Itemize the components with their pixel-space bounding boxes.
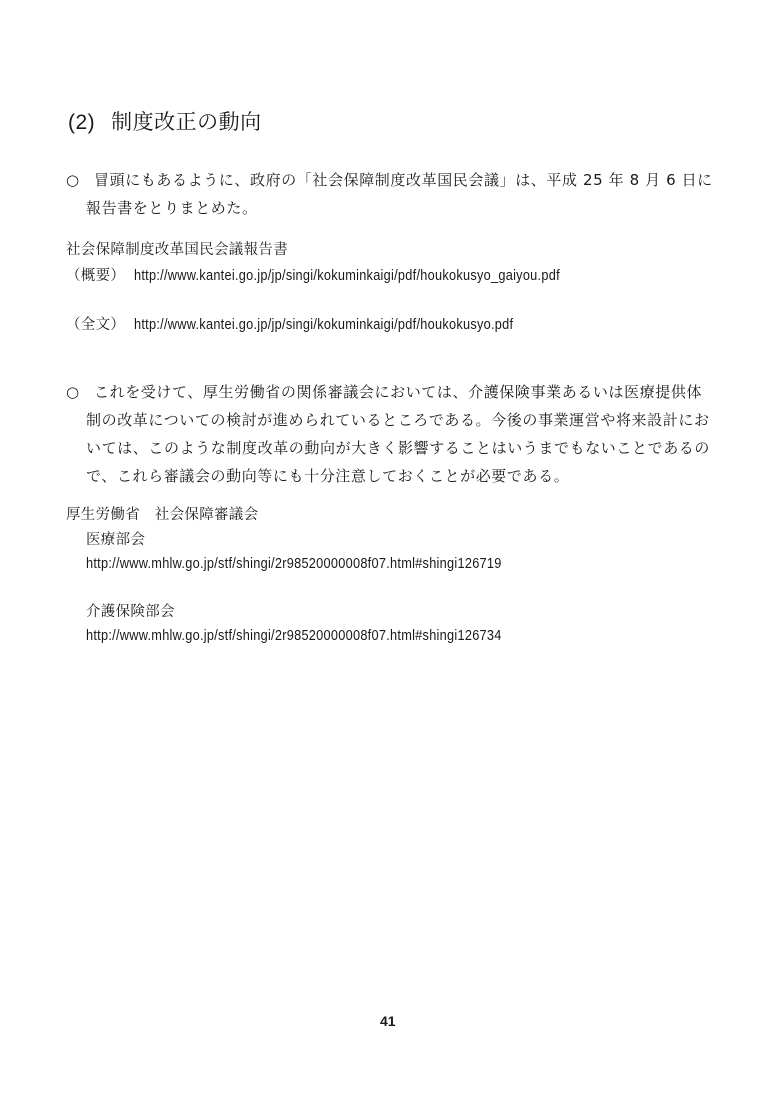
medical-subcommittee-label: 医療部会 (86, 528, 145, 549)
paragraph-line: で、これら審議会の動向等にも十分注意しておくことが必要である。 (66, 462, 710, 490)
paragraph-line: 冒頭にもあるように、政府の「社会保障制度改革国民会議」は、平成 25 年 8 月… (94, 171, 713, 189)
section-title: 制度改正の動向 (111, 110, 262, 134)
council-title: 厚生労働省 社会保障審議会 (66, 503, 258, 524)
paragraph-line: 報告書をとりまとめた。 (66, 194, 713, 222)
care-url-link[interactable]: http://www.mhlw.go.jp/stf/shingi/2r98520… (86, 628, 502, 644)
paragraph-1: ○冒頭にもあるように、政府の「社会保障制度改革国民会議」は、平成 25 年 8 … (66, 166, 713, 222)
medical-url-link[interactable]: http://www.mhlw.go.jp/stf/shingi/2r98520… (86, 556, 502, 572)
paragraph-line: 制の改革についての検討が進められているところである。今後の事業運営や将来設計にお (66, 406, 710, 434)
section-heading: (2)制度改正の動向 (68, 106, 262, 136)
summary-url-link[interactable]: http://www.kantei.go.jp/jp/singi/kokumin… (134, 268, 560, 284)
report-full-row: （全文） http://www.kantei.go.jp/jp/singi/ko… (66, 313, 565, 334)
report-summary-row: （概要） http://www.kantei.go.jp/jp/singi/ko… (66, 264, 618, 285)
paragraph-line: これを受けて、厚生労働省の関係審議会においては、介護保険事業あるいは医療提供体 (94, 383, 702, 401)
full-url-link[interactable]: http://www.kantei.go.jp/jp/singi/kokumin… (134, 317, 513, 333)
medical-url-row: http://www.mhlw.go.jp/stf/shingi/2r98520… (86, 553, 558, 572)
full-label: （全文） (66, 317, 125, 333)
page-number: 41 (380, 1013, 396, 1029)
bullet-circle-icon: ○ (66, 166, 94, 194)
paragraph-2: ○これを受けて、厚生労働省の関係審議会においては、介護保険事業あるいは医療提供体… (66, 378, 710, 490)
section-number: (2) (68, 111, 95, 134)
bullet-circle-icon: ○ (66, 378, 94, 406)
report-title: 社会保障制度改革国民会議報告書 (66, 238, 288, 259)
care-url-row: http://www.mhlw.go.jp/stf/shingi/2r98520… (86, 625, 558, 644)
paragraph-line: いては、このような制度改革の動向が大きく影響することはいうまでもないことであるの (66, 434, 710, 462)
care-subcommittee-label: 介護保険部会 (86, 600, 175, 621)
summary-label: （概要） (66, 268, 125, 284)
